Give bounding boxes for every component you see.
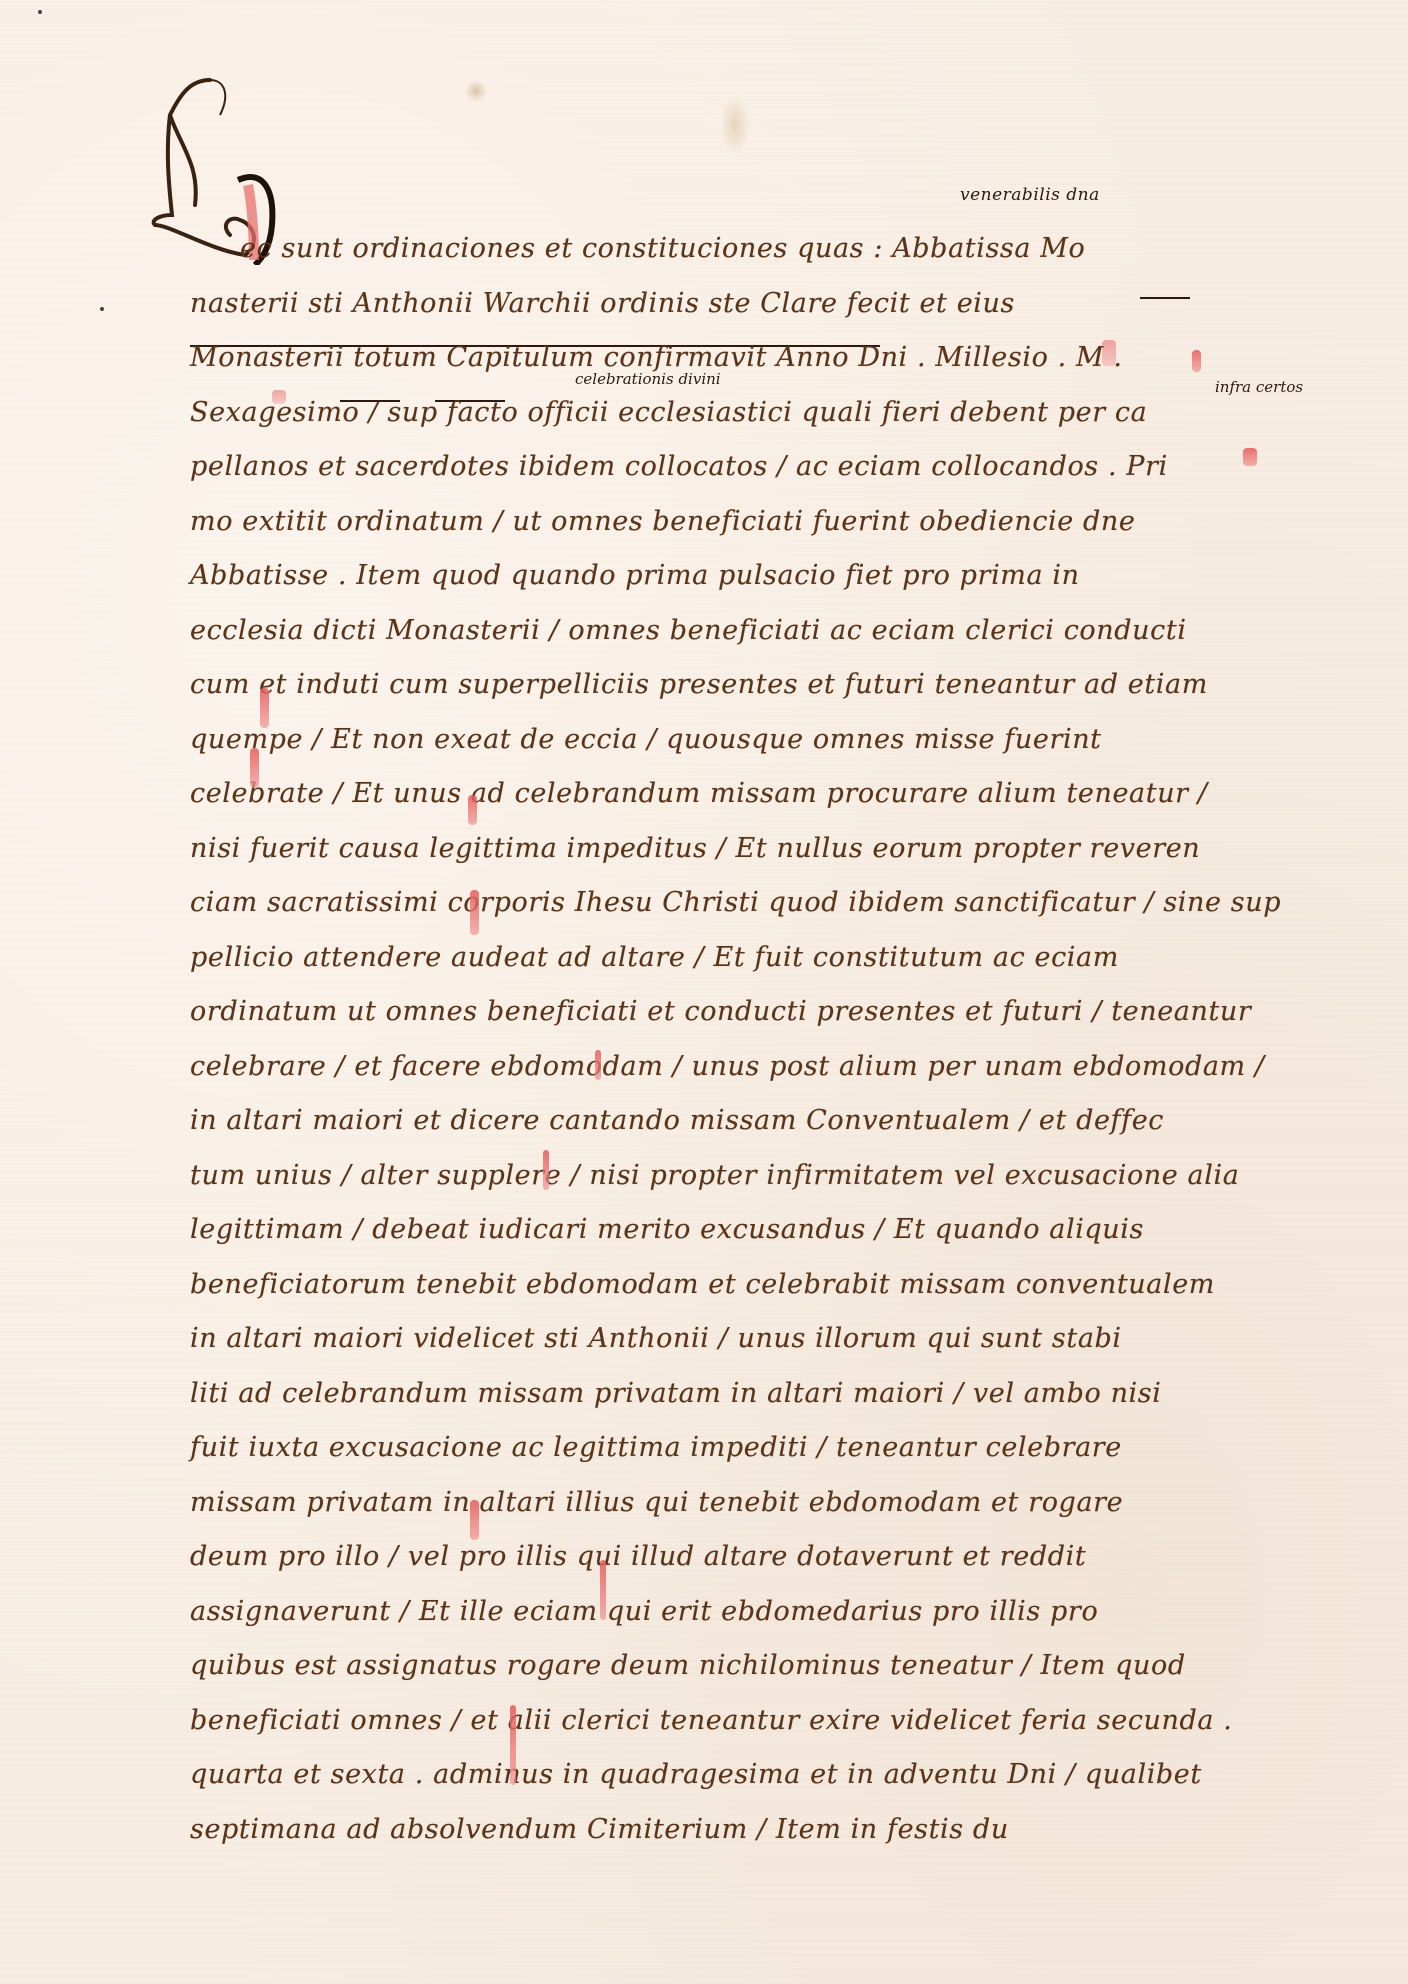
text-line: pellicio attendere audeat ad altare / Et… [190, 931, 1310, 986]
rubric-mark [1102, 340, 1116, 366]
margin-dot [38, 10, 42, 14]
text-line: celebrare / et facere ebdomodam / unus p… [190, 1040, 1310, 1095]
text-line: ec sunt ordinaciones et constituciones q… [190, 222, 1310, 277]
text-line: quempe / Et non exeat de eccia / quousqu… [190, 713, 1310, 768]
rubric-mark [272, 390, 286, 404]
rubric-mark [250, 748, 259, 788]
text-line: ordinatum ut omnes beneficiati et conduc… [190, 985, 1310, 1040]
text-line: legittimam / debeat iudicari merito excu… [190, 1203, 1310, 1258]
text-line: tum unius / alter supplere / nisi propte… [190, 1149, 1310, 1204]
rubric-mark [543, 1150, 549, 1190]
interlinear-note-1: venerabilis dna [960, 185, 1100, 205]
rubric-mark [1243, 448, 1257, 466]
rubric-mark [600, 1560, 606, 1620]
text-line: Sexagesimo / sup facto officii ecclesias… [190, 386, 1310, 441]
water-stain [720, 95, 750, 155]
manuscript-page: venerabilis dna celebrationis divini inf… [0, 0, 1408, 1984]
rubric-mark [260, 688, 269, 728]
rubric-mark [595, 1050, 601, 1080]
text-line: quarta et sexta . adminus in quadragesim… [190, 1748, 1310, 1803]
text-line: ciam sacratissimi corporis Ihesu Christi… [190, 876, 1310, 931]
text-line: quibus est assignatus rogare deum nichil… [190, 1639, 1310, 1694]
text-line: deum pro illo / vel pro illis qui illud … [190, 1530, 1310, 1585]
text-line: liti ad celebrandum missam privatam in a… [190, 1367, 1310, 1422]
text-line: nisi fuerit causa legittima impeditus / … [190, 822, 1310, 877]
text-line: nasterii sti Anthonii Warchii ordinis st… [190, 277, 1310, 332]
text-line: ecclesia dicti Monasterii / omnes benefi… [190, 604, 1310, 659]
ink-blot [465, 80, 487, 102]
rubric-mark [510, 1705, 516, 1785]
text-line: missam privatam in altari illius qui ten… [190, 1476, 1310, 1531]
rubric-mark [1192, 350, 1201, 372]
text-line: in altari maiori et dicere cantando miss… [190, 1094, 1310, 1149]
manuscript-text: ec sunt ordinaciones et constituciones q… [190, 222, 1310, 1857]
text-line: Abbatisse . Item quod quando prima pulsa… [190, 549, 1310, 604]
text-line: Monasterii totum Capitulum confirmavit A… [190, 331, 1310, 386]
text-line: assignaverunt / Et ille eciam qui erit e… [190, 1585, 1310, 1640]
text-line: in altari maiori videlicet sti Anthonii … [190, 1312, 1310, 1367]
text-line: fuit iuxta excusacione ac legittima impe… [190, 1421, 1310, 1476]
rubric-mark [468, 795, 477, 825]
text-line: beneficiati omnes / et alii clerici tene… [190, 1694, 1310, 1749]
text-line: celebrate / Et unus ad celebrandum missa… [190, 767, 1310, 822]
rubric-mark [470, 1500, 479, 1540]
margin-dot [100, 307, 104, 311]
rubric-mark [470, 890, 479, 935]
text-line: septimana ad absolvendum Cimiterium / It… [190, 1803, 1310, 1858]
text-line: beneficiatorum tenebit ebdomodam et cele… [190, 1258, 1310, 1313]
text-line: pellanos et sacerdotes ibidem collocatos… [190, 440, 1310, 495]
text-line: cum et induti cum superpelliciis present… [190, 658, 1310, 713]
text-line: mo extitit ordinatum / ut omnes benefici… [190, 495, 1310, 550]
